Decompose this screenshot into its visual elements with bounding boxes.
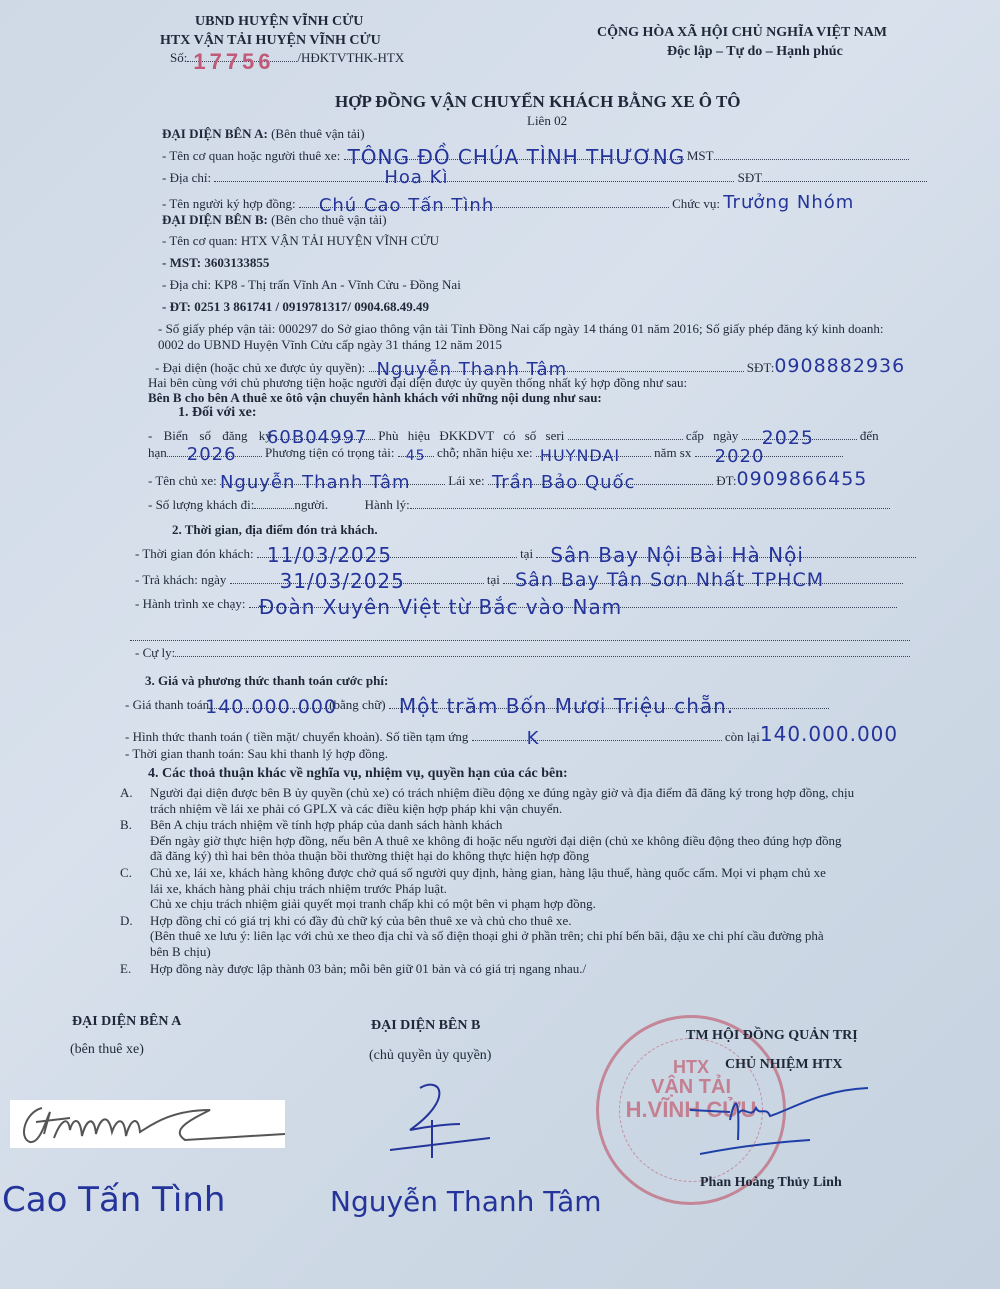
party-b-heading: ĐẠI DIỆN BÊN B: (Bên cho thuê vận tải): [162, 212, 387, 228]
distance-row: - Cự ly:: [135, 645, 910, 661]
term-item: D.Hợp đồng chỉ có giá trị khi có đầy đủ …: [120, 913, 950, 960]
terms-list: A.Người đại diện được bên B ủy quyền (ch…: [120, 785, 950, 977]
route-continuation: [130, 628, 910, 646]
price-value: 140.000.000: [205, 696, 337, 718]
price-words: Một trăm Bốn Mươi Triệu chẵn.: [399, 694, 734, 718]
party-a-phone-value: [762, 181, 927, 182]
number-stamp: 17756: [193, 49, 274, 75]
sign-b-note: (chủ quyền ủy quyền): [369, 1048, 491, 1064]
owner-row: - Tên chủ xe: Nguyễn Thanh Tâm Lái xe: T…: [148, 468, 867, 490]
party-a-tax-value: [714, 159, 909, 160]
payment-method-row: - Hình thức thanh toán ( tiền mặt/ chuyể…: [125, 722, 898, 746]
national-title: CỘNG HÒA XÃ HỘI CHỦ NGHĨA VIỆT NAM: [597, 25, 887, 41]
party-b-phone: - ĐT: 0251 3 861741 / 0919781317/ 0904.6…: [162, 299, 429, 315]
passengers-row: - Số lượng khách đi:người. Hành lý:: [148, 497, 890, 513]
sign-a-note: (bên thuê xe): [70, 1042, 144, 1058]
sign-c-heading-2: CHỦ NHIỆM HTX: [725, 1057, 842, 1073]
plate-row: - Biển số đăng ký 60B04997 Phù hiệu ĐKKD…: [148, 428, 879, 444]
term-letter: B.: [120, 817, 150, 864]
capacity-value: 45: [406, 448, 426, 464]
expiry-value: 2026: [187, 444, 237, 465]
term-letter: C.: [120, 865, 150, 912]
sign-c-name: Phan Hoàng Thủy Linh: [700, 1175, 842, 1191]
term-item: A.Người đại diện được bên B ủy quyền (ch…: [120, 785, 950, 816]
remaining-value: 140.000.000: [760, 722, 898, 746]
section-3-heading: 3. Giá và phương thức thanh toán cước ph…: [145, 673, 388, 689]
party-b-org: - Tên cơ quan: HTX VẬN TẢI HUYỆN VĨNH CỬ…: [162, 233, 439, 249]
term-item: B.Bên A chịu trách nhiệm về tính hợp phá…: [120, 817, 950, 864]
party-b-address: - Địa chỉ: KP8 - Thị trấn Vĩnh An - Vĩnh…: [162, 277, 461, 293]
brand-value: HUYNDAI: [540, 446, 620, 465]
advance-value: K: [527, 728, 540, 749]
price-row: - Giá thanh toán140.000.000(bằng chữ) Mộ…: [125, 697, 829, 713]
party-a-signer-row: - Tên người ký hợp đồng: Chú Cao Tấn Tìn…: [162, 192, 854, 213]
copy-label: Liên 02: [527, 113, 567, 129]
agreement-bold: Bên B cho bên A thuê xe ôtô vận chuyển h…: [148, 390, 602, 406]
party-a-position-value: Trưởng Nhóm: [723, 192, 854, 213]
year-value: 2020: [715, 446, 765, 467]
sign-a-heading: ĐẠI DIỆN BÊN A: [72, 1014, 181, 1030]
pickup-date: 11/03/2025: [267, 543, 392, 567]
sign-b-heading: ĐẠI DIỆN BÊN B: [371, 1018, 480, 1034]
header-district: UBND HUYỆN VĨNH CỬU: [195, 14, 363, 30]
section-1-heading: 1. Đối với xe:: [178, 405, 257, 421]
term-text: Hợp đồng chỉ có giá trị khi có đầy đủ ch…: [150, 913, 824, 960]
signature-b-scribble: [380, 1080, 500, 1170]
dropoff-row: - Trả khách: ngày 31/03/2025 tại Sân Bay…: [135, 572, 903, 588]
signature-c-scribble: [690, 1080, 870, 1160]
number-label: Số:: [170, 50, 187, 65]
driver-value: Trần Bảo Quốc: [492, 472, 636, 493]
party-a-org-value: TÔNG ĐỒ CHÚA TÌNH THƯƠNG: [348, 145, 686, 169]
badge-value: [568, 439, 683, 440]
sign-b-name: Nguyễn Thanh Tâm: [330, 1185, 602, 1218]
pickup-place: Sân Bay Nội Bài Hà Nội: [550, 543, 804, 567]
term-item: E.Hợp đồng này được lập thành 03 bản; mỗ…: [120, 961, 950, 977]
dropoff-place: Sân Bay Tân Sơn Nhất TPHCM: [515, 569, 824, 591]
owner-value: Nguyễn Thanh Tâm: [220, 472, 411, 493]
term-text: Hợp đồng này được lập thành 03 bản; mỗi …: [150, 961, 586, 977]
national-motto: Độc lập – Tự do – Hạnh phúc: [667, 44, 843, 60]
party-a-heading: ĐẠI DIỆN BÊN A: (Bên thuê vận tải): [162, 126, 365, 142]
sign-c-heading-1: TM HỘI ĐỒNG QUẢN TRỊ: [686, 1028, 858, 1044]
signature-a-scribble: [10, 1100, 285, 1148]
party-a-address-value: Hoa Kì: [384, 167, 448, 188]
number-suffix: /HĐKTVTHK-HTX: [297, 50, 404, 65]
contract-number: Số:17756/HĐKTVTHK-HTX: [170, 50, 404, 66]
dropoff-date: 31/03/2025: [280, 569, 405, 593]
term-text: Chủ xe, lái xe, khách hàng không được ch…: [150, 865, 826, 912]
party-b-license-1: - Số giấy phép vận tải: 000297 do Sở gia…: [158, 321, 884, 337]
agreement-intro: Hai bên cùng với chủ phương tiện hoặc ng…: [148, 375, 687, 391]
term-letter: D.: [120, 913, 150, 960]
contract-document: UBND HUYỆN VĨNH CỬU HTX VẬN TẢI HUYỆN VĨ…: [0, 0, 1000, 1289]
party-b-tax: - MST: 3603133855: [162, 255, 269, 271]
term-text: Người đại diện được bên B ủy quyền (chủ …: [150, 785, 854, 816]
capacity-row: hạn2026 Phương tiện có trọng tải: 45 chỗ…: [148, 445, 843, 461]
section-2-heading: 2. Thời gian, địa điểm đón trả khách.: [172, 522, 378, 538]
term-item: C.Chủ xe, lái xe, khách hàng không được …: [120, 865, 950, 912]
header-cooperative: HTX VẬN TẢI HUYỆN VĨNH CỬU: [160, 33, 381, 49]
page-title: HỢP ĐỒNG VẬN CHUYỂN KHÁCH BẰNG XE Ô TÔ: [335, 92, 741, 112]
sign-a-name: Cao Tấn Tình: [2, 1180, 225, 1220]
route-row: - Hành trình xe chạy: Đoàn Xuyên Việt từ…: [135, 596, 897, 612]
driver-phone-value: 0909866455: [736, 468, 867, 490]
term-letter: E.: [120, 961, 150, 977]
party-b-license-2: 0002 do UBND Huyện Vĩnh Cửu cấp ngày 31 …: [158, 337, 502, 353]
party-b-rep-phone: 0908882936: [774, 355, 905, 377]
party-a-org-row: - Tên cơ quan hoặc người thuê xe: TÔNG Đ…: [162, 148, 909, 164]
term-letter: A.: [120, 785, 150, 816]
pickup-row: - Thời gian đón khách: 11/03/2025 tại Sâ…: [135, 546, 916, 562]
payment-time: - Thời gian thanh toán: Sau khi thanh lý…: [125, 746, 388, 762]
section-4-heading: 4. Các thoả thuận khác về nghĩa vụ, nhiệ…: [148, 766, 568, 782]
term-text: Bên A chịu trách nhiệm về tính hợp pháp …: [150, 817, 841, 864]
signature-a: [10, 1100, 285, 1148]
route-value: Đoàn Xuyên Việt từ Bắc vào Nam: [259, 595, 622, 619]
party-b-rep-row: - Đại diện (hoặc chủ xe được ủy quyền): …: [155, 355, 905, 377]
party-a-address-row: - Địa chỉ: Hoa Kì SĐT: [162, 170, 927, 186]
